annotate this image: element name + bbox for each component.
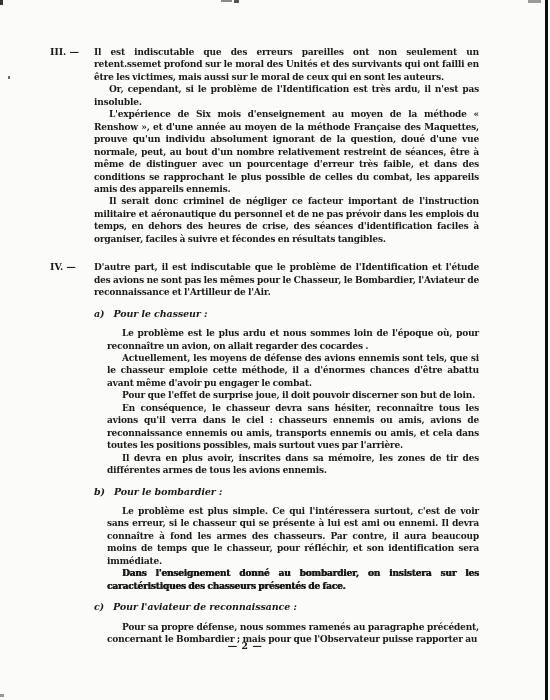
subsection-title: Pour le chasseur :: [113, 309, 207, 320]
section-iv-intro: D'autre part, il est indiscutable que le…: [94, 262, 479, 299]
section-dash: —: [66, 262, 75, 273]
subsection-paragraphs: Le problème est le plus ardu et nous som…: [107, 328, 479, 477]
subsection-letter: b): [94, 487, 105, 499]
paragraph: Il serait donc criminel de négliger ce f…: [94, 196, 479, 246]
subsection-paragraphs: Le problème est plus simple. Ce qui l'in…: [107, 506, 479, 593]
scan-speck-left-dot: [8, 76, 10, 79]
scan-edge-line: [545, 0, 548, 700]
scan-speck-top-right: [528, 0, 541, 3]
section-numeral: IV.: [50, 262, 63, 273]
subsection-heading: b)Pour le bombardier :: [94, 487, 479, 499]
paragraph: Il devra en plus avoir, inscrites dans s…: [107, 453, 479, 478]
subsection-heading: c)Pour l'aviateur de reconnaissance :: [94, 602, 479, 614]
section-label: III. —: [50, 47, 94, 59]
subsection-heading: a)Pour le chasseur :: [94, 309, 479, 321]
subsection-a: a)Pour le chasseur :Le problème est le p…: [94, 309, 479, 478]
section-dash: —: [69, 47, 78, 58]
scan-speck-top-center-1: [221, 0, 232, 2]
section-numeral: III.: [50, 47, 66, 58]
subsection-title: Pour l'aviateur de reconnaissance :: [113, 602, 297, 613]
scan-speck-bottom-left: [0, 694, 4, 697]
paragraph: Le problème est plus simple. Ce qui l'in…: [107, 506, 479, 568]
paragraph: Il est indiscutable que des erreurs pare…: [94, 47, 479, 84]
paragraph: D'autre part, il est indiscutable que le…: [94, 262, 479, 299]
scan-speck-top-center-2: [234, 0, 239, 3]
subsection-b: b)Pour le bombardier :Le problème est pl…: [94, 487, 479, 594]
subsection-letter: c): [94, 602, 104, 614]
paragraph: En conséquence, le chasseur devra sans h…: [107, 403, 479, 453]
paragraph: Dans l'enseignement donné au bombardier,…: [107, 568, 479, 593]
paragraph: Or, cependant, si le problème de l'Ident…: [94, 84, 479, 109]
section-iii: III. — Il est indiscutable que des erreu…: [50, 47, 550, 246]
page-content: III. — Il est indiscutable que des erreu…: [0, 47, 550, 646]
paragraph: L'expérience de Six mois d'enseignement …: [94, 109, 479, 196]
paragraph: Le problème est le plus ardu et nous som…: [107, 328, 479, 353]
section-label: IV. —: [50, 262, 94, 274]
section-iv-body: D'autre part, il est indiscutable que le…: [94, 262, 479, 646]
scan-speck-top-left: [0, 0, 3, 5]
section-iv: IV. — D'autre part, il est indiscutable …: [50, 262, 550, 646]
page-number: — 2 —: [0, 641, 490, 652]
paragraph: Actuellement, les moyens de défense des …: [107, 353, 479, 390]
section-iii-body: Il est indiscutable que des erreurs pare…: [94, 47, 479, 246]
subsection-title: Pour le bombardier :: [114, 487, 222, 498]
paragraph: Pour que l'effet de surprise joue, il do…: [107, 390, 479, 402]
scanned-document-page: III. — Il est indiscutable que des erreu…: [0, 0, 550, 700]
subsection-letter: a): [94, 309, 104, 321]
subsection-c: c)Pour l'aviateur de reconnaissance :Pou…: [94, 602, 479, 646]
section-iv-subsections: a)Pour le chasseur :Le problème est le p…: [94, 309, 479, 647]
